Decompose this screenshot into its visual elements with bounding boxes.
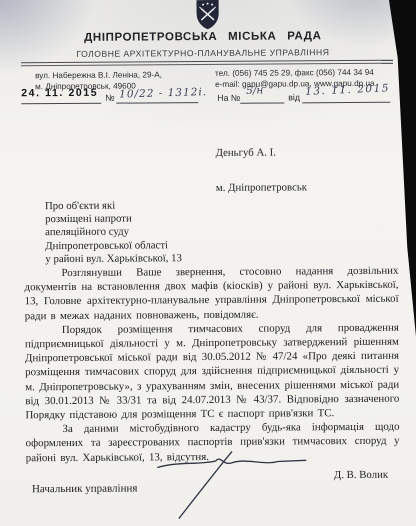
body-paragraph: Розглянувши Ваше звернення, стосовно над…	[24, 264, 398, 323]
subject-line: Про об'єкти які	[45, 199, 182, 213]
reply-date-handwritten: 13. 11. 2015	[305, 82, 390, 98]
reply-ref-blank-line	[240, 102, 284, 103]
ref-number-handwritten: 10/22 - 1312і.	[119, 86, 207, 100]
letter-body: Розглянувши Ваше звернення, стосовно над…	[24, 264, 399, 465]
ref-number-blank-line	[116, 102, 198, 104]
organization-title: ДНІПРОПЕТРОВСЬКА МІСЬКА РАДА	[0, 30, 407, 45]
department-title: ГОЛОВНЕ АРХІТЕКТУРНО-ПЛАНУВАЛЬНЕ УПРАВЛІ…	[0, 47, 407, 60]
ref-number-label: №	[105, 93, 115, 103]
reply-ref-label: На №	[217, 93, 240, 103]
reply-ref-handwritten: 5/н	[246, 84, 264, 97]
signatory-position: Начальник управління	[32, 482, 138, 495]
city-emblem-icon	[195, 0, 221, 30]
addressee-city: м. Дніпропетровськ	[216, 181, 307, 194]
subject-line: Дніпропетровської області	[45, 239, 182, 253]
body-paragraph: За даними містобудівного кадастру будь-я…	[25, 420, 399, 465]
letterhead-divider-thin	[21, 63, 393, 67]
subject-line: апеляційного суду	[45, 226, 182, 240]
document-page: ДНІПРОПЕТРОВСЬКА МІСЬКА РАДА ГОЛОВНЕ АРХ…	[0, 0, 416, 526]
reply-date-blank-line	[302, 102, 390, 104]
incoming-date-stamp: 24. 11. 2015	[21, 87, 98, 100]
subject-line: у районі вул. Харьківської, 13	[45, 252, 182, 266]
date-blank-line	[21, 103, 101, 105]
addressee-name: Деньгуб А. І.	[216, 147, 276, 159]
org-address-line1: вул. Набережна В.І. Леніна, 29-А,	[35, 69, 162, 81]
reply-date-label: від	[288, 92, 300, 102]
signatory-name: Д. В. Волик	[334, 469, 388, 481]
subject-line: розміщені напроти	[45, 212, 182, 226]
body-paragraph: Порядок розміщення тимчасових споруд для…	[25, 320, 400, 422]
subject-block: Про об'єкти які розміщені напроти апеляц…	[45, 199, 182, 266]
